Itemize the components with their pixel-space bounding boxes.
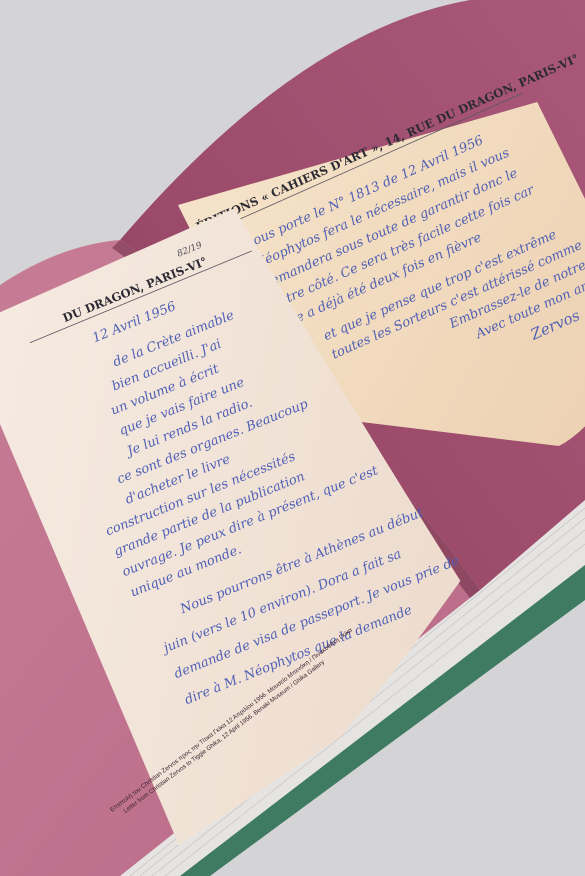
photo-scene: ÉDITIONS « CAHIERS D'ART », 14, RUE DU D…: [0, 0, 585, 876]
open-book: ÉDITIONS « CAHIERS D'ART », 14, RUE DU D…: [0, 0, 585, 876]
